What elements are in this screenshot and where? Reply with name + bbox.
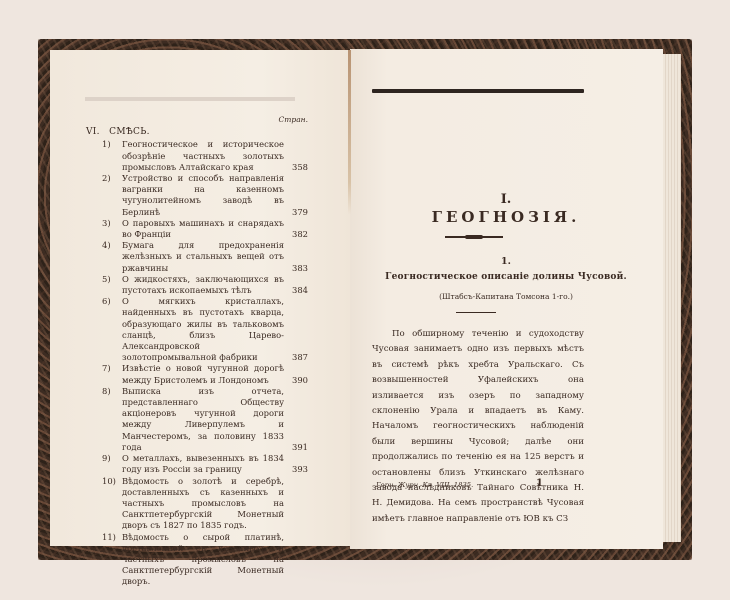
- toc-item-text: О мягкихъ кристаллахъ, найденныхъ въ пус…: [122, 296, 284, 363]
- toc-item-page: 383: [292, 263, 308, 274]
- separator-rule: [456, 312, 496, 313]
- toc-item-index: 1): [102, 139, 122, 150]
- table-of-contents: Стран. VI. СМѢСЬ. 1)Геогностическое и ис…: [86, 114, 308, 588]
- article-author: (Штабсъ-Капитана Томсона 1-го.): [356, 292, 656, 301]
- footer-page-number: 1: [536, 478, 543, 489]
- part-number: I.: [356, 192, 656, 207]
- toc-item: 9)О металлахъ, вывезенныхъ въ 1834 году …: [86, 453, 308, 475]
- toc-item-text: О жидкостяхъ, заключающихся въ пустотахъ…: [122, 274, 284, 296]
- toc-item-text: Бумага для предохраненія желѣзныхъ и ста…: [122, 240, 284, 274]
- toc-items: 1)Геогностическое и историческое обозрѣн…: [86, 139, 308, 587]
- toc-item: 6)О мягкихъ кристаллахъ, найденныхъ въ п…: [86, 296, 308, 363]
- toc-item-index: 10): [102, 476, 122, 487]
- toc-item: 4)Бумага для предохраненія желѣзныхъ и с…: [86, 240, 308, 274]
- toc-item: 10)Вѣдомость о золотѣ и серебрѣ, доставл…: [86, 476, 308, 532]
- book-gutter: [348, 50, 351, 215]
- toc-item-page: 384: [292, 285, 308, 296]
- toc-section-heading: VI. СМѢСЬ.: [86, 127, 308, 138]
- toc-item-page: 379: [292, 207, 308, 218]
- part-title: ГЕОГНОЗІЯ.: [356, 208, 656, 226]
- toc-item: 2)Устройство и способъ направленія вагра…: [86, 173, 308, 218]
- toc-item-text: Вѣдомость о сырой платинѣ, доставленной …: [122, 532, 284, 588]
- toc-item-index: 6): [102, 296, 122, 307]
- ornamental-rule: [445, 236, 503, 238]
- body-paragraph: По обширному теченію и судоходству Чусов…: [372, 327, 584, 527]
- toc-item: 1)Геогностическое и историческое обозрѣн…: [86, 139, 308, 173]
- page-column-header: Стран.: [86, 114, 308, 125]
- toc-item: 5)О жидкостяхъ, заключающихся въ пустота…: [86, 274, 308, 296]
- toc-item-text: Вѣдомость о золотѣ и серебрѣ, доставленн…: [122, 476, 284, 532]
- bleedthrough-rule: [85, 97, 295, 101]
- toc-item-page: 391: [292, 442, 308, 453]
- toc-item-index: 3): [102, 218, 122, 229]
- toc-item-text: О металлахъ, вывезенныхъ въ 1834 году из…: [122, 453, 284, 475]
- toc-item-index: 8): [102, 386, 122, 397]
- toc-item-page: 358: [292, 162, 308, 173]
- toc-item-page: 387: [292, 352, 308, 363]
- toc-item-index: 11): [102, 532, 122, 543]
- article-title: Геогностическое описаніе долины Чусовой.: [356, 272, 656, 282]
- toc-item-text: Выписка изъ отчета, представленнаго Обще…: [122, 386, 284, 453]
- toc-item-text: Извѣстіе о новой чугунной дорогѣ между Б…: [122, 363, 284, 385]
- article-body: По обширному теченію и судоходству Чусов…: [372, 327, 584, 527]
- toc-item: 11)Вѣдомость о сырой платинѣ, доставленн…: [86, 532, 308, 588]
- footer-signature: Горн. Журн. Кн. VIII. 1835.: [376, 481, 473, 489]
- toc-item-index: 7): [102, 363, 122, 374]
- section-number: VI.: [86, 127, 106, 138]
- toc-item-index: 4): [102, 240, 122, 251]
- toc-item-index: 5): [102, 274, 122, 285]
- section-title: СМѢСЬ.: [109, 127, 150, 137]
- page-edges: [663, 54, 681, 542]
- toc-item-page: 393: [292, 464, 308, 475]
- toc-item-text: О паровыхъ машинахъ и снарядахъ во Франц…: [122, 218, 284, 240]
- toc-item: 8)Выписка изъ отчета, представленнаго Об…: [86, 386, 308, 453]
- article-number: 1.: [356, 256, 656, 267]
- toc-item-index: 9): [102, 453, 122, 464]
- toc-item: 7)Извѣстіе о новой чугунной дорогѣ между…: [86, 363, 308, 385]
- toc-item-text: Геогностическое и историческое обозрѣніе…: [122, 139, 284, 173]
- toc-item-index: 2): [102, 173, 122, 184]
- toc-item-page: 390: [292, 375, 308, 386]
- toc-item-page: 382: [292, 229, 308, 240]
- toc-item-text: Устройство и способъ направленія вагранк…: [122, 173, 284, 218]
- header-rule: [372, 89, 584, 93]
- toc-item: 3)О паровыхъ машинахъ и снарядахъ во Фра…: [86, 218, 308, 240]
